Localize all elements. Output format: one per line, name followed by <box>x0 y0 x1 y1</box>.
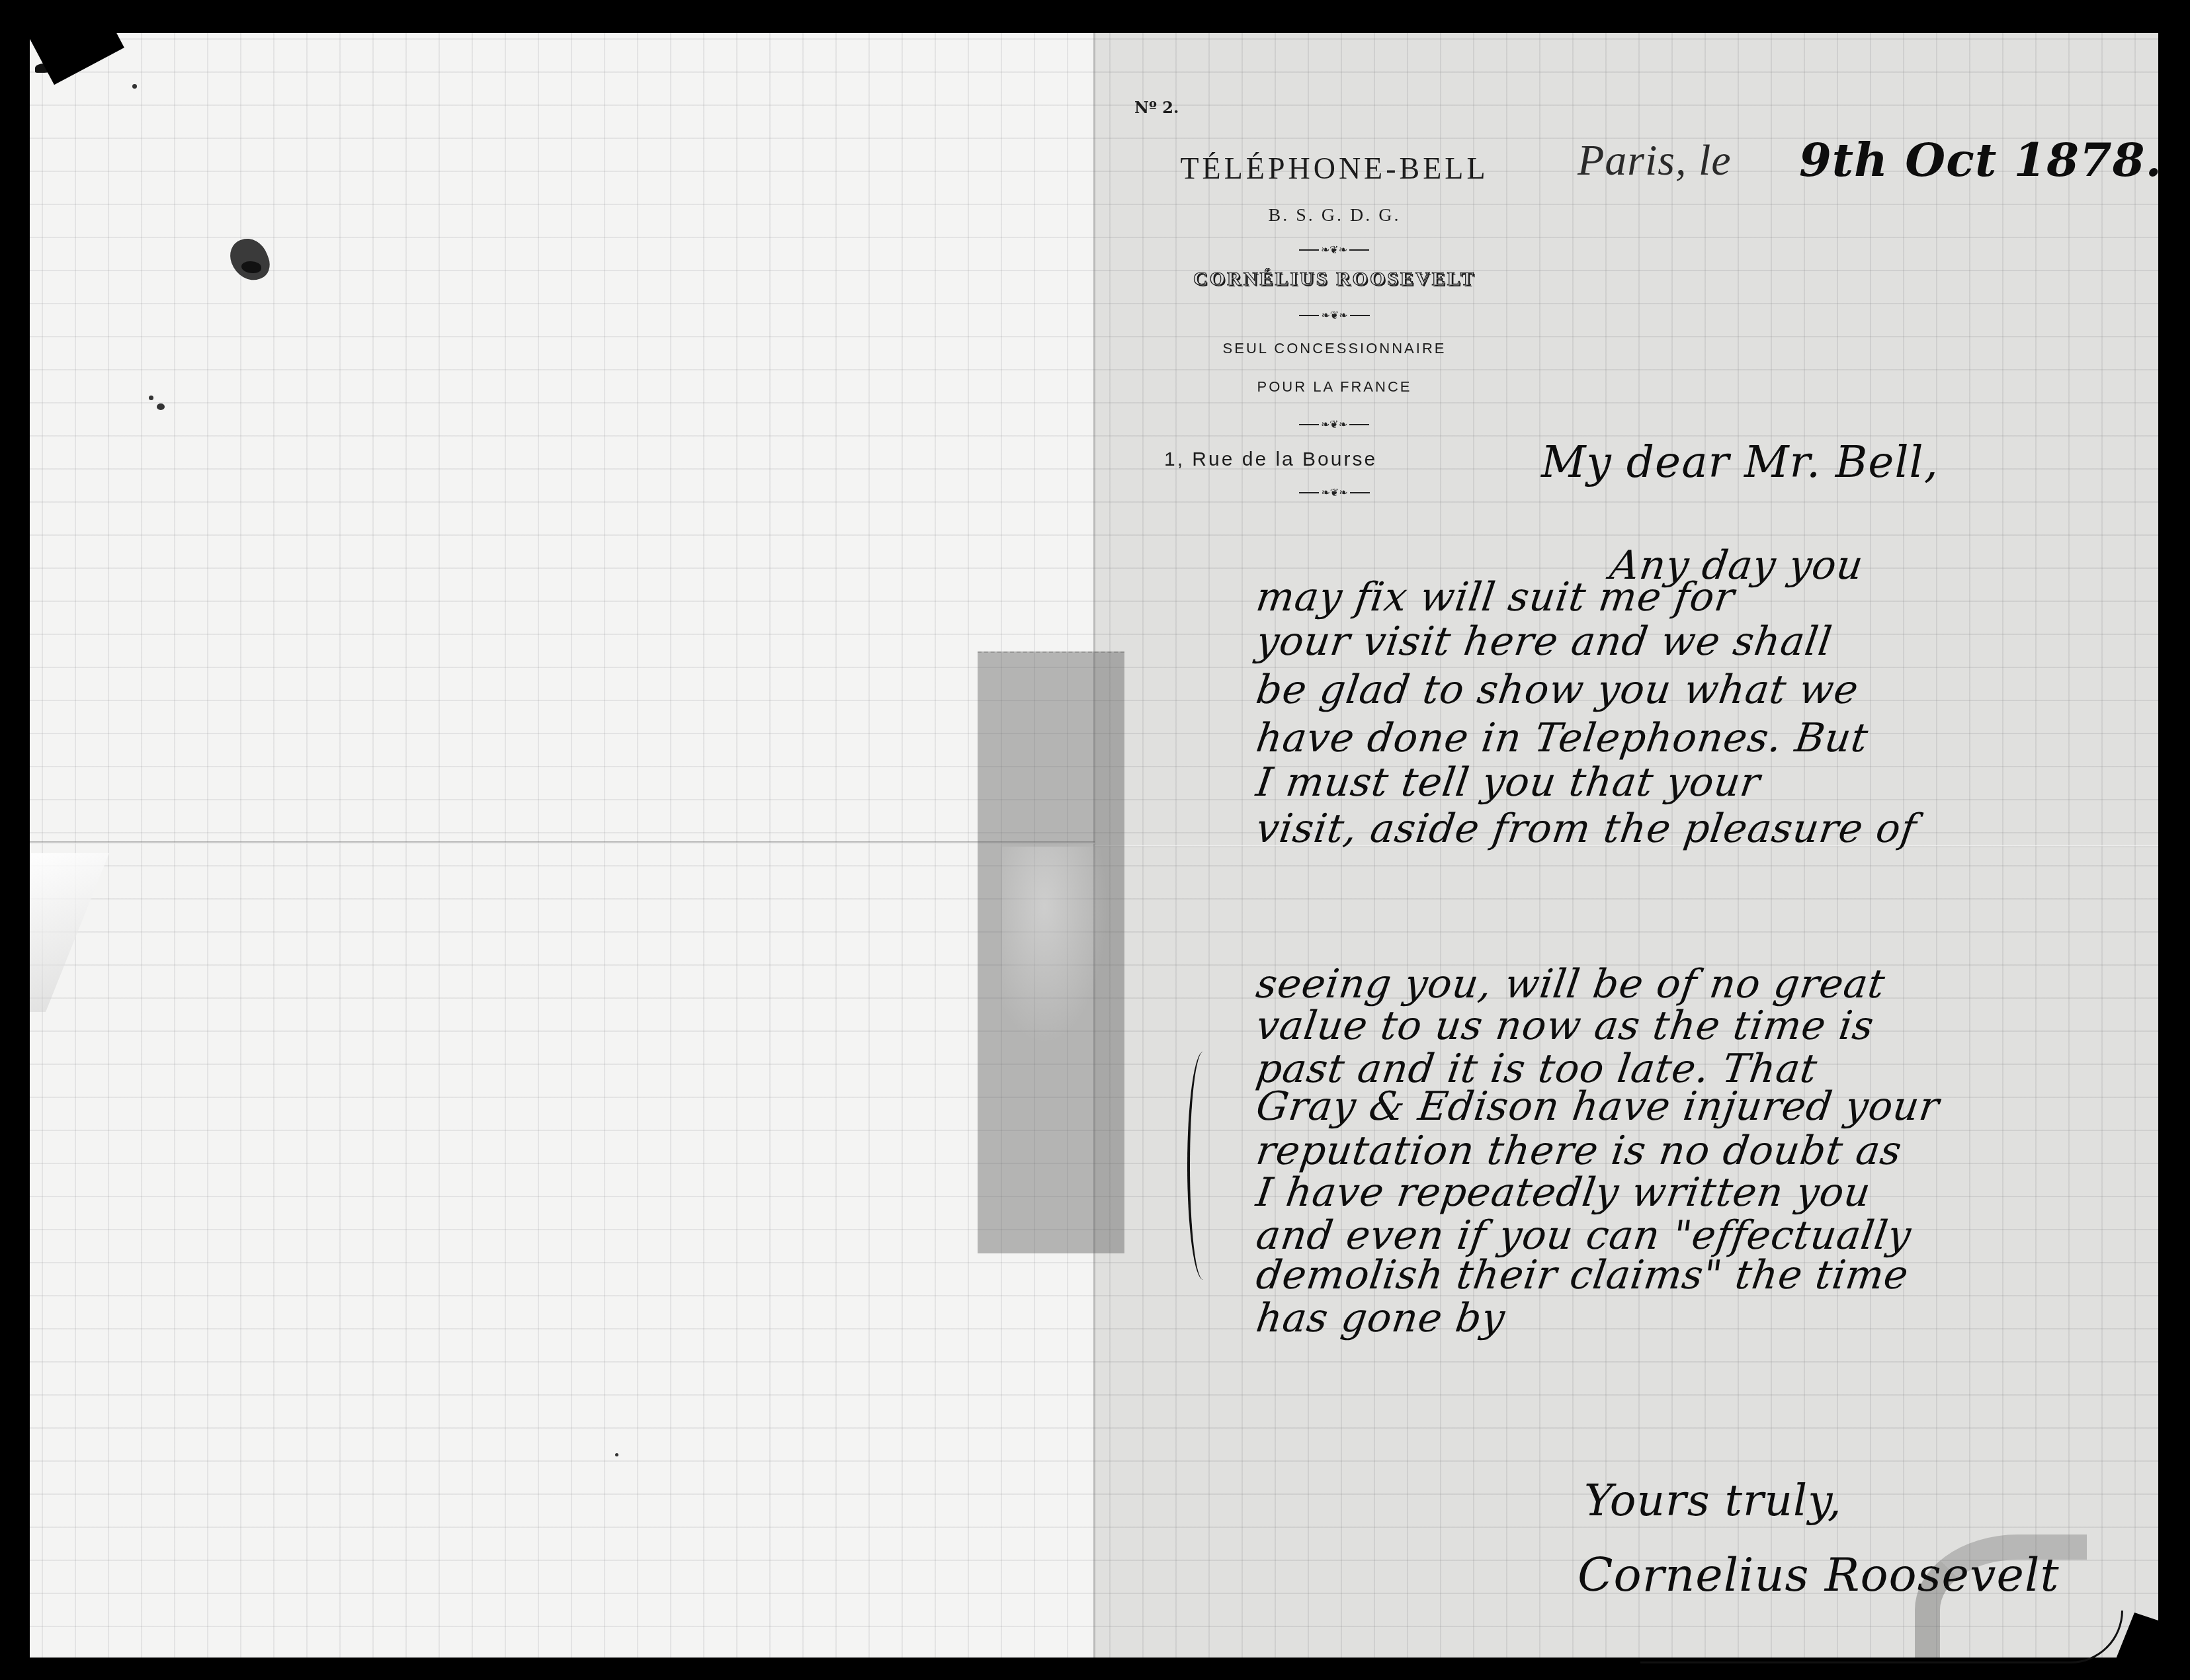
corner-hole <box>35 63 54 73</box>
body-line: has gone by <box>1253 1295 1508 1341</box>
flourish-ornament: ❧❦❧ <box>1298 247 1370 253</box>
letterhead-role-2: POUR LA FRANCE <box>1144 378 1525 396</box>
ink-speck <box>132 84 137 89</box>
scanned-letter: Nº 2. TÉLÉPHONE-BELL B. S. G. D. G. ❧❦❧ … <box>0 0 2190 1680</box>
body-line: I have repeatedly written you <box>1253 1169 1874 1216</box>
ink-speck <box>615 1453 618 1456</box>
dateline-printed: Paris, le <box>1578 136 1732 186</box>
body-line: seeing you, will be of no great <box>1253 961 1888 1007</box>
flourish-ornament: ❧❦❧ <box>1296 312 1372 319</box>
body-line: reputation there is no doubt as <box>1253 1128 1905 1174</box>
signature: Cornelius Roosevelt <box>1578 1548 2060 1602</box>
margin-bracket-mark <box>1187 1052 1214 1280</box>
body-line: value to us now as the time is <box>1253 1003 1877 1049</box>
body-line: may fix will suit me for <box>1253 574 1738 620</box>
letterhead-number: Nº 2. <box>1134 98 1179 117</box>
ink-speck <box>157 403 165 410</box>
body-line: your visit here and we shall <box>1253 618 1835 665</box>
flourish-ornament: ❧❦❧ <box>1298 421 1370 428</box>
body-line: be glad to show you what we <box>1253 667 1862 713</box>
body-line: visit, aside from the pleasure of <box>1253 806 1919 852</box>
body-line: demolish their claims" the time <box>1253 1252 1912 1298</box>
dateline-handwritten: 9th Oct 1878. <box>1799 132 2162 187</box>
letterhead-patent-mark: B. S. G. D. G. <box>1144 205 1525 226</box>
ink-speck <box>149 396 153 400</box>
body-line: I must tell you that your <box>1253 759 1763 806</box>
salutation: My dear Mr. Bell, <box>1541 437 1939 487</box>
tape-sheen <box>1002 847 1108 1045</box>
letterhead-address: 1, Rue de la Bourse <box>1164 448 1377 471</box>
letterhead-role-1: SEUL CONCESSIONNAIRE <box>1144 340 1525 357</box>
closing: Yours truly, <box>1584 1475 1842 1526</box>
body-line: have done in Telephones. But <box>1253 715 1871 761</box>
letterhead-owner: CORNÉLIUS ROOSEVELT <box>1144 268 1525 290</box>
horizontal-fold-left <box>30 841 1095 844</box>
letterhead-company: TÉLÉPHONE-BELL <box>1144 151 1525 186</box>
left-page-blank <box>30 33 1095 1658</box>
body-line: Gray & Edison have injured your <box>1253 1083 1943 1130</box>
signature-flourish <box>1640 1611 2123 1663</box>
flourish-ornament: ❧❦❧ <box>1296 489 1372 496</box>
